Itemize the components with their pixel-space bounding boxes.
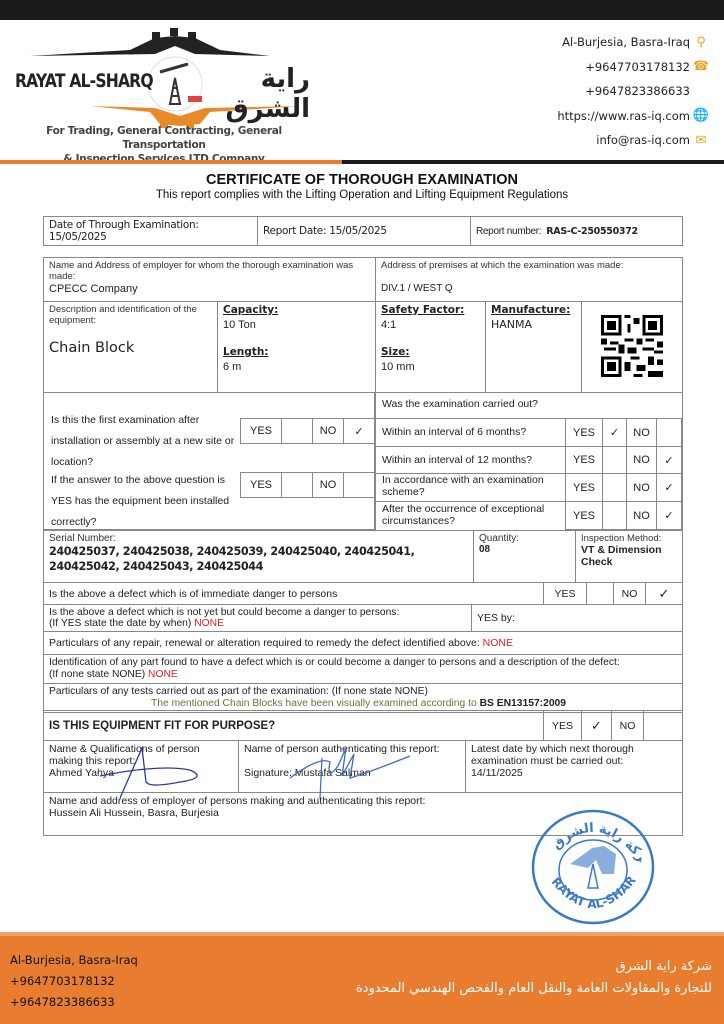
report-date-cell: Report Date: 15/05/2025 (258, 217, 471, 246)
inspection-method-value: VT & Dimension Check (581, 544, 676, 568)
logo-arabic-name: راية الشرق (208, 64, 310, 124)
report-number-cell: Report number: RAS-C-250550372 (471, 217, 683, 246)
no-checkbox[interactable] (656, 418, 682, 447)
yes-option[interactable]: YES (565, 473, 603, 502)
company-stamp: RAYAT AL-SHARQ Co. شركة راية الشرق (530, 808, 656, 926)
contact-block: Al-Burjesia, Basra-Iraq⚲ +9647703178132☎… (557, 30, 708, 153)
exceptional-circumstances-answer: YES NO ✓ (566, 501, 682, 530)
authenticator-signature-icon (280, 742, 420, 800)
footer-arabic-name: شركة راية الشرق للتجارة والمقاولات العام… (356, 956, 712, 1000)
capacity-length-cell: Capacity: 10 Ton Length: 6 m (218, 302, 376, 393)
phone-icon: ☎ (694, 60, 708, 74)
yes-option[interactable]: YES (240, 418, 282, 444)
serial-cell: Serial Number: 240425037, 240425038, 240… (44, 531, 474, 583)
safety-factor-label: Safety Factor: (381, 304, 480, 316)
serial-value: 240425037, 240425038, 240425039, 2404250… (49, 544, 468, 574)
maker-signature-icon (80, 742, 220, 800)
certificate-subtitle: This report complies with the Lifting Op… (0, 189, 724, 201)
footer-phone-1[interactable]: +9647703178132 (10, 971, 138, 992)
yes-option[interactable]: YES (240, 472, 282, 498)
no-option[interactable]: NO (612, 711, 644, 741)
qr-code-icon[interactable] (601, 315, 663, 377)
repair-cell: Particulars of any repair, renewal or al… (44, 632, 683, 655)
no-option[interactable]: NO (626, 446, 657, 474)
installed-correctly-answer: YES NO (241, 472, 375, 498)
stamp-seal-icon: RAYAT AL-SHARQ Co. شركة راية الشرق (530, 808, 656, 926)
contact-phone-1[interactable]: +9647703178132☎ (557, 55, 708, 80)
yes-checkbox-checked[interactable]: ✓ (602, 418, 627, 447)
next-exam-cell: Latest date by which next thorough exami… (466, 741, 683, 793)
exam-scheme-answer: YES NO ✓ (566, 473, 682, 502)
no-checkbox-checked[interactable]: ✓ (343, 418, 375, 444)
interval-6-months-question: Within an interval of 6 months? (382, 422, 526, 443)
capacity-label: Capacity: (223, 304, 370, 316)
particulars-table: Particulars of any repair, renewal or al… (43, 631, 683, 713)
header-divider (0, 160, 724, 164)
no-option[interactable]: NO (312, 418, 344, 444)
footer: Al-Burjesia, Basra-Iraq +9647703178132 +… (0, 936, 724, 1024)
quantity-label: Quantity: (479, 533, 570, 544)
manufacture-cell: Manufacture: HANMA (486, 302, 582, 393)
future-danger-table: Is the above a defect which is not yet b… (43, 604, 683, 632)
contact-website[interactable]: https://www.ras-iq.com🌐 (557, 104, 708, 129)
serial-table: Serial Number: 240425037, 240425038, 240… (43, 530, 683, 583)
yes-checkbox[interactable] (281, 472, 313, 498)
report-date-label: Report Date: (263, 225, 326, 237)
no-checkbox-checked[interactable]: ✓ (656, 473, 682, 502)
interval-6-months-answer: YES ✓ NO (566, 418, 682, 447)
qr-code-cell (582, 302, 683, 393)
no-option[interactable]: NO (626, 473, 657, 502)
mail-icon: ✉ (694, 133, 708, 147)
repair-label: Particulars of any repair, renewal or al… (49, 637, 480, 649)
exam-date-cell: Date of Through Examination: 15/05/2025 (44, 217, 258, 246)
premises-label: Address of premises at which the examina… (381, 260, 677, 271)
yes-option[interactable]: YES (565, 418, 603, 447)
next-exam-date: 14/11/2025 (471, 767, 677, 779)
interval-12-months-question: Within an interval of 12 months? (382, 450, 532, 471)
defect-identification-hint: (If none state NONE) (49, 669, 145, 680)
size-label: Size: (381, 346, 480, 358)
yes-by-field[interactable]: YES by: (472, 605, 683, 632)
no-checkbox-checked[interactable]: ✓ (646, 583, 683, 605)
safety-size-cell: Safety Factor: 4:1 Size: 10 mm (376, 302, 486, 393)
examination-carried-out-section: Was the examination carried out? Within … (375, 392, 683, 530)
exceptional-circumstances-question: After the occurrence of exceptional circ… (382, 503, 562, 527)
employer-cell: Name and Address of employer for whom th… (44, 258, 376, 302)
tests-cell: Particulars of any tests carried out as … (44, 684, 683, 713)
interval-12-months-answer: YES NO ✓ (566, 446, 682, 474)
logo-english-name: RAYAT AL-SHARQ (15, 70, 153, 92)
manufacture-value: HANMA (491, 318, 576, 332)
report-number-value: RAS-C-250550372 (546, 226, 638, 237)
immediate-danger-table: Is the above a defect which is of immedi… (43, 582, 683, 605)
description-value: Chain Block (49, 340, 212, 356)
serial-label: Serial Number: (49, 533, 468, 544)
footer-phone-2[interactable]: +9647823386633 (10, 992, 138, 1013)
yes-checkbox[interactable] (281, 418, 313, 444)
yes-option[interactable]: YES (565, 501, 603, 530)
first-exam-answer: YES NO ✓ (241, 418, 375, 444)
future-danger-question: Is the above a defect which is not yet b… (49, 607, 466, 618)
first-examination-section: Is this the first examination after inst… (43, 392, 375, 530)
quantity-value: 08 (479, 544, 570, 555)
contact-email[interactable]: info@ras-iq.com✉ (557, 128, 708, 153)
defect-identification-cell: Identification of any part found to have… (44, 655, 683, 684)
footer-address: Al-Burjesia, Basra-Iraq (10, 950, 138, 971)
fit-for-purpose-table: IS THIS EQUIPMENT FIT FOR PURPOSE? YES ✓… (43, 710, 683, 741)
yes-checkbox[interactable] (602, 473, 627, 502)
no-checkbox-checked[interactable]: ✓ (656, 446, 682, 474)
length-value: 6 m (223, 360, 370, 374)
contact-phone-2[interactable]: +9647823386633☎ (557, 79, 708, 104)
defect-identification-value: NONE (148, 669, 178, 680)
address-text: Al-Burjesia, Basra-Iraq (562, 35, 690, 49)
tests-value: The mentioned Chain Blocks have been vis… (151, 698, 477, 709)
yes-option[interactable]: YES (565, 446, 603, 474)
globe-icon: 🌐 (694, 109, 708, 123)
employer-value: CPECC Company (49, 282, 370, 296)
yes-checkbox-checked[interactable]: ✓ (582, 711, 612, 741)
size-value: 10 mm (381, 360, 480, 374)
fit-for-purpose-question: IS THIS EQUIPMENT FIT FOR PURPOSE? (44, 711, 544, 741)
exam-date-value: 15/05/2025 (49, 231, 107, 243)
exam-date-label: Date of Through Examination: (49, 219, 199, 231)
future-danger-hint: (If YES state the date by when) (49, 618, 191, 629)
yes-option[interactable]: YES (544, 583, 587, 605)
phone-2-text[interactable]: +9647823386633 (585, 84, 690, 98)
no-option[interactable]: NO (626, 418, 657, 447)
future-danger-value: NONE (194, 618, 224, 629)
future-danger-cell: Is the above a defect which is not yet b… (44, 605, 472, 632)
yes-option[interactable]: YES (544, 711, 582, 741)
report-number-label: Report number: (476, 226, 541, 237)
tagline-line-1: For Trading, General Contracting, Genera… (14, 124, 314, 152)
no-checkbox-checked[interactable]: ✓ (656, 501, 682, 530)
no-checkbox[interactable] (343, 472, 375, 498)
capacity-value: 10 Ton (223, 318, 370, 332)
exam-scheme-question: In accordance with an examination scheme… (382, 474, 562, 498)
carried-out-heading: Was the examination carried out? (382, 394, 538, 415)
first-exam-question: Is this the first examination after inst… (51, 410, 241, 473)
next-exam-label: Latest date by which next thorough exami… (471, 743, 661, 767)
inspection-method-cell: Inspection Method: VT & Dimension Check (576, 531, 683, 583)
safety-factor-value: 4:1 (381, 318, 480, 332)
no-option[interactable]: NO (312, 472, 344, 498)
no-option[interactable]: NO (626, 501, 657, 530)
certificate-title: CERTIFICATE OF THOROUGH EXAMINATION (0, 172, 724, 188)
installed-correctly-question: If the answer to the above question is Y… (51, 470, 241, 533)
description-cell: Description and identification of the eq… (44, 302, 218, 393)
yes-checkbox[interactable] (602, 446, 627, 474)
premises-cell: Address of premises at which the examina… (376, 258, 683, 302)
report-date-value: 15/05/2025 (329, 225, 387, 237)
footer-arabic-line-2: للتجارة والمقاولات العامة والنقل العام و… (356, 978, 712, 1000)
tests-label: Particulars of any tests carried out as … (49, 686, 677, 698)
repair-value: NONE (483, 637, 513, 649)
yes-checkbox[interactable] (602, 501, 627, 530)
premises-value: DIV.1 / WEST Q (381, 282, 677, 296)
equipment-table: Name and Address of employer for whom th… (43, 257, 683, 393)
manufacture-label: Manufacture: (491, 304, 576, 316)
quantity-cell: Quantity: 08 (474, 531, 576, 583)
company-logo: RAYAT AL-SHARQ راية الشرق (10, 28, 310, 138)
location-pin-icon: ⚲ (694, 35, 708, 49)
no-option[interactable]: NO (614, 583, 646, 605)
top-bar (0, 0, 724, 20)
defect-identification-label: Identification of any part found to have… (49, 657, 677, 669)
contact-address: Al-Burjesia, Basra-Iraq⚲ (557, 30, 708, 55)
website-link[interactable]: https://www.ras-iq.com (557, 109, 690, 123)
length-label: Length: (223, 346, 370, 358)
tests-standard: BS EN13157:2009 (480, 698, 566, 709)
footer-contact: Al-Burjesia, Basra-Iraq +9647703178132 +… (10, 950, 138, 1013)
description-label: Description and identification of the eq… (49, 304, 212, 326)
email-link[interactable]: info@ras-iq.com (596, 133, 690, 147)
inspection-method-label: Inspection Method: (581, 533, 677, 544)
no-checkbox[interactable] (644, 711, 683, 741)
phone-1-text[interactable]: +9647703178132 (585, 60, 690, 74)
immediate-danger-question: Is the above a defect which is of immedi… (44, 583, 544, 605)
yes-checkbox[interactable] (587, 583, 614, 605)
dates-table: Date of Through Examination: 15/05/2025 … (43, 216, 683, 246)
letterhead: RAYAT AL-SHARQ راية الشرق For Trading, G… (0, 20, 724, 160)
employer-label: Name and Address of employer for whom th… (49, 260, 370, 282)
footer-arabic-line-1: شركة راية الشرق (356, 956, 712, 978)
